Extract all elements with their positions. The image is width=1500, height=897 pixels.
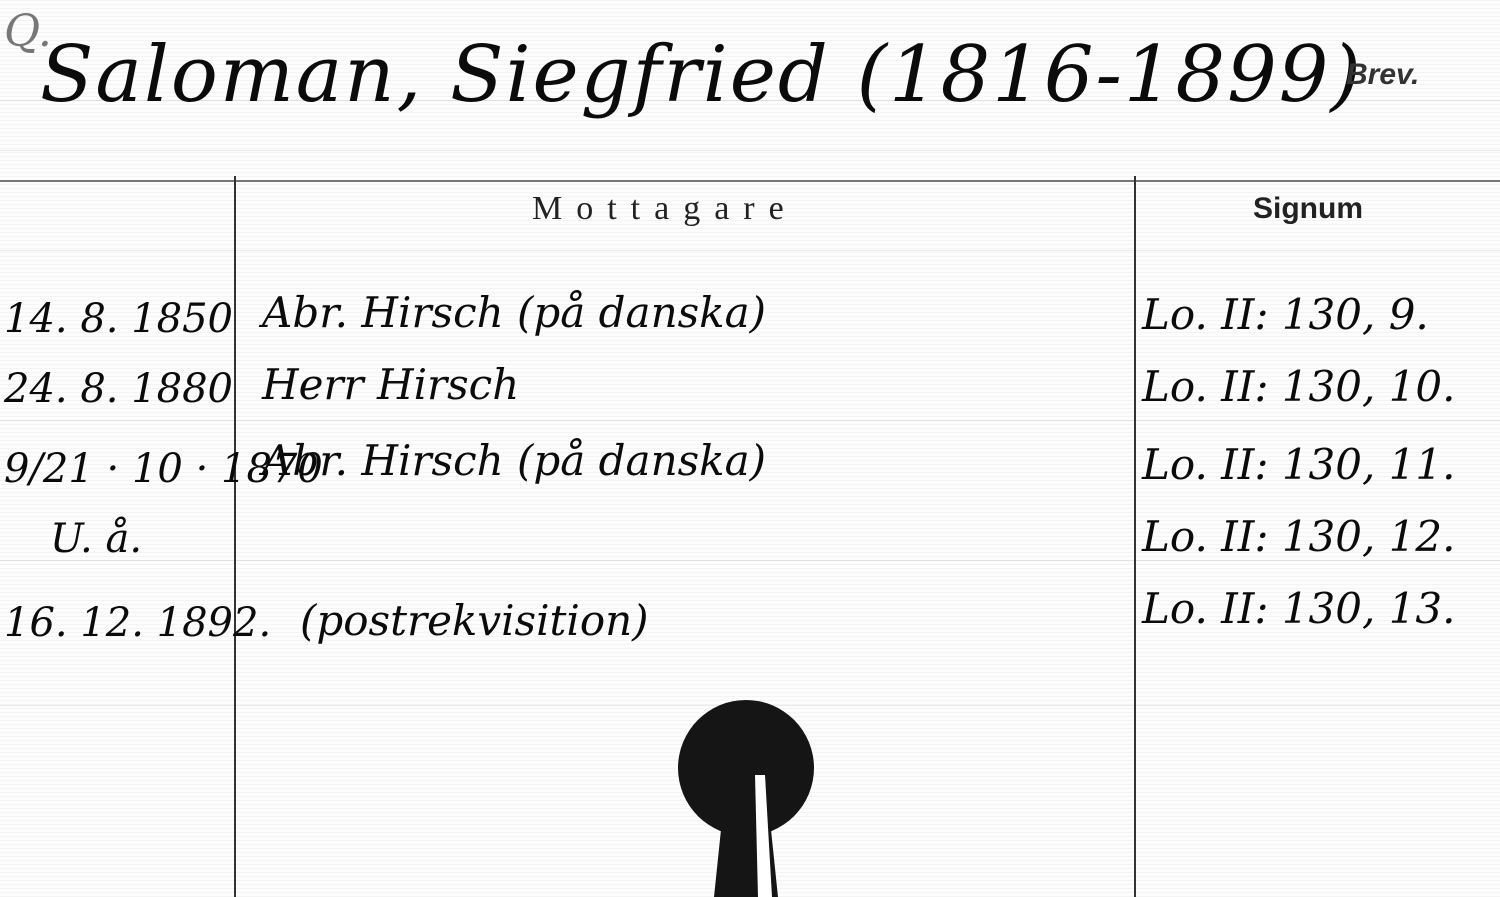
punch-hole-icon <box>678 700 814 897</box>
recipient-column-header: Mottagare <box>532 190 798 228</box>
row-recipient: (postrekvisition) <box>300 596 649 645</box>
ruled-line <box>0 250 1500 251</box>
signum-column-header: Signum <box>1253 192 1363 226</box>
row-signum: Lo. II: 130, 10. <box>1142 362 1455 411</box>
row-date: 16. 12. 1892. <box>4 600 271 646</box>
row-signum: Lo. II: 130, 13. <box>1142 584 1455 633</box>
index-card: Q. Saloman, Siegfried (1816-1899) Brev. … <box>0 0 1500 897</box>
column-divider-date <box>234 176 236 897</box>
row-recipient: Herr Hirsch <box>262 360 519 409</box>
ruled-line <box>0 420 1500 421</box>
row-signum: Lo. II: 130, 9. <box>1142 290 1429 339</box>
card-title: Saloman, Siegfried (1816-1899) <box>40 30 1363 120</box>
row-recipient: Abr. Hirsch (på danska) <box>262 288 766 337</box>
header-divider <box>0 180 1500 182</box>
row-signum: Lo. II: 130, 11. <box>1142 440 1455 489</box>
row-date: 14. 8. 1850 <box>4 296 233 342</box>
row-signum: Lo. II: 130, 12. <box>1142 512 1455 561</box>
category-label: Brev. <box>1346 58 1419 92</box>
row-date: 24. 8. 1880 <box>4 366 233 412</box>
row-date: U. å. <box>50 516 142 562</box>
row-recipient: Abr. Hirsch (på danska) <box>262 436 766 485</box>
ruled-line <box>0 150 1500 151</box>
column-divider-signum <box>1134 176 1136 897</box>
